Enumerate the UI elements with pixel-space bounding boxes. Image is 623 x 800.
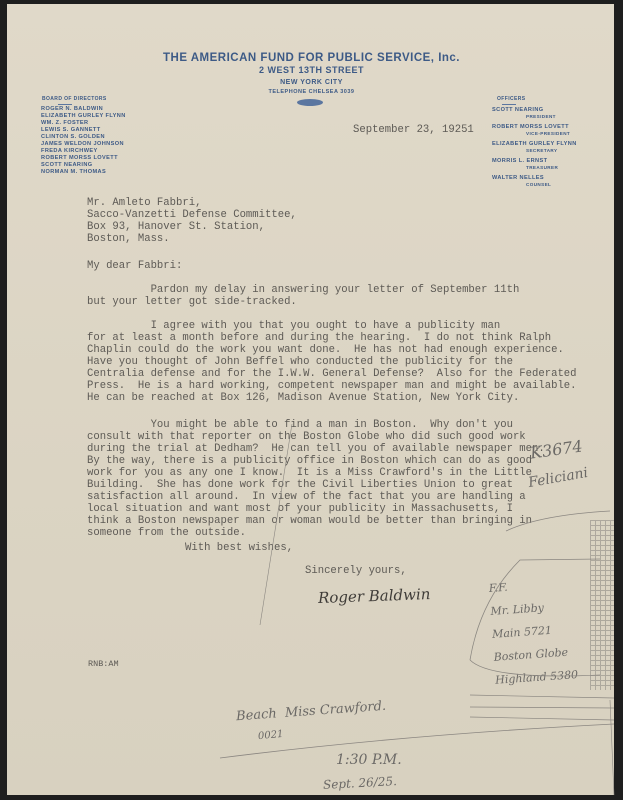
beach-text: Beach: [236, 706, 278, 724]
pencil-lines: [0, 0, 623, 800]
number-note: 0021: [258, 729, 284, 742]
time-note: 1:30 P.M.: [336, 752, 402, 768]
